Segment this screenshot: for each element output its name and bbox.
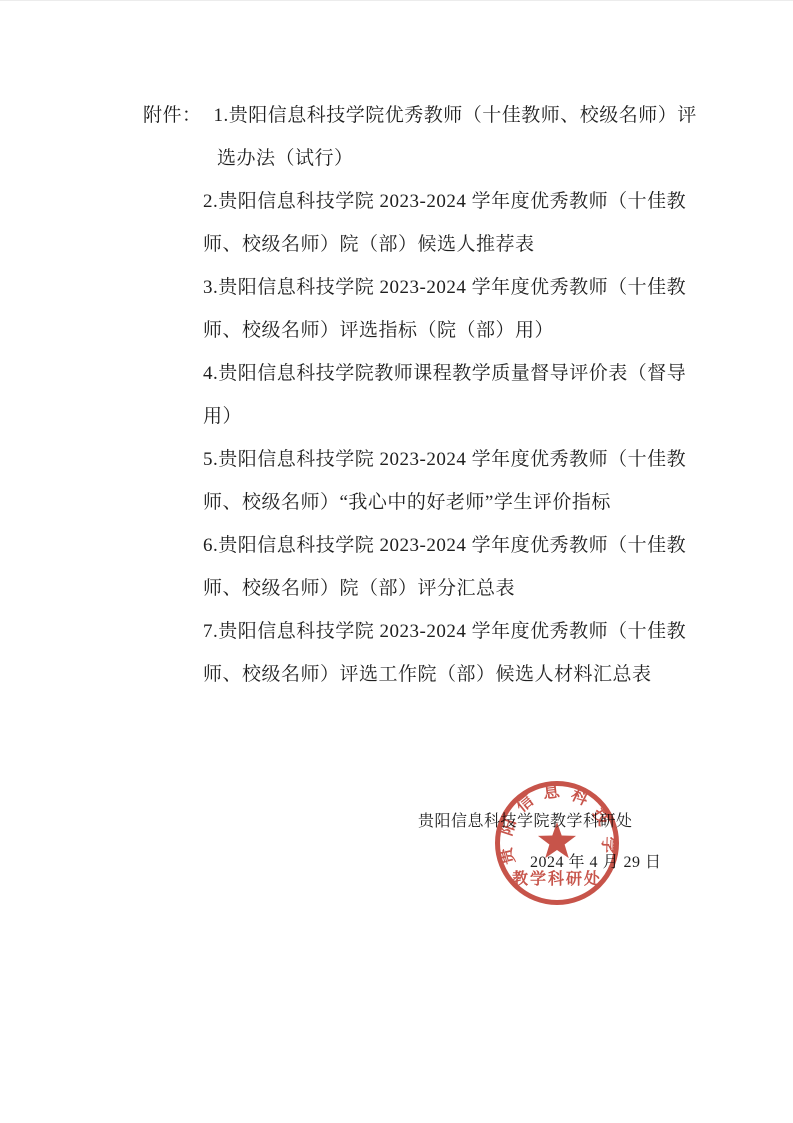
attachment-item-1-line-2: 选办法（试行） (217, 146, 354, 172)
attachment-item-5-line-2: 师、校级名师）“我心中的好老师”学生评价指标 (203, 490, 611, 516)
attachment-item-1-line-1: 1.贵阳信息科技学院优秀教师（十佳教师、校级名师）评 (214, 103, 697, 129)
attachment-item-2-line-1: 2.贵阳信息科技学院 2023-2024 学年度优秀教师（十佳教 (203, 189, 686, 215)
document-page: 附件：1.贵阳信息科技学院优秀教师（十佳教师、校级名师）评 选办法（试行） 2.… (0, 0, 793, 1123)
attachment-item-4-line-1: 4.贵阳信息科技学院教师课程教学质量督导评价表（督导 (203, 361, 686, 387)
attachment-item-7-line-2: 师、校级名师）评选工作院（部）候选人材料汇总表 (203, 662, 652, 688)
attachment-item-2-line-2: 师、校级名师）院（部）候选人推荐表 (203, 232, 535, 258)
attachments-label: 附件： (143, 103, 202, 129)
official-seal: 贵阳信息科技学院 教学科研处 (494, 780, 620, 906)
attachment-item-6-line-2: 师、校级名师）院（部）评分汇总表 (203, 576, 515, 602)
star-icon (538, 822, 576, 858)
seal-bottom-text: 教学科研处 (512, 869, 602, 888)
attachment-item-6-line-1: 6.贵阳信息科技学院 2023-2024 学年度优秀教师（十佳教 (203, 533, 686, 559)
attachment-item-4-line-2: 用） (203, 404, 242, 430)
attachment-item-5-line-1: 5.贵阳信息科技学院 2023-2024 学年度优秀教师（十佳教 (203, 447, 686, 473)
attachment-item-7-line-1: 7.贵阳信息科技学院 2023-2024 学年度优秀教师（十佳教 (203, 619, 686, 645)
attachment-item-3-line-1: 3.贵阳信息科技学院 2023-2024 学年度优秀教师（十佳教 (203, 275, 686, 301)
attachment-list-header: 附件：1.贵阳信息科技学院优秀教师（十佳教师、校级名师）评 (143, 103, 697, 129)
attachment-item-3-line-2: 师、校级名师）评选指标（院（部）用） (203, 318, 554, 344)
